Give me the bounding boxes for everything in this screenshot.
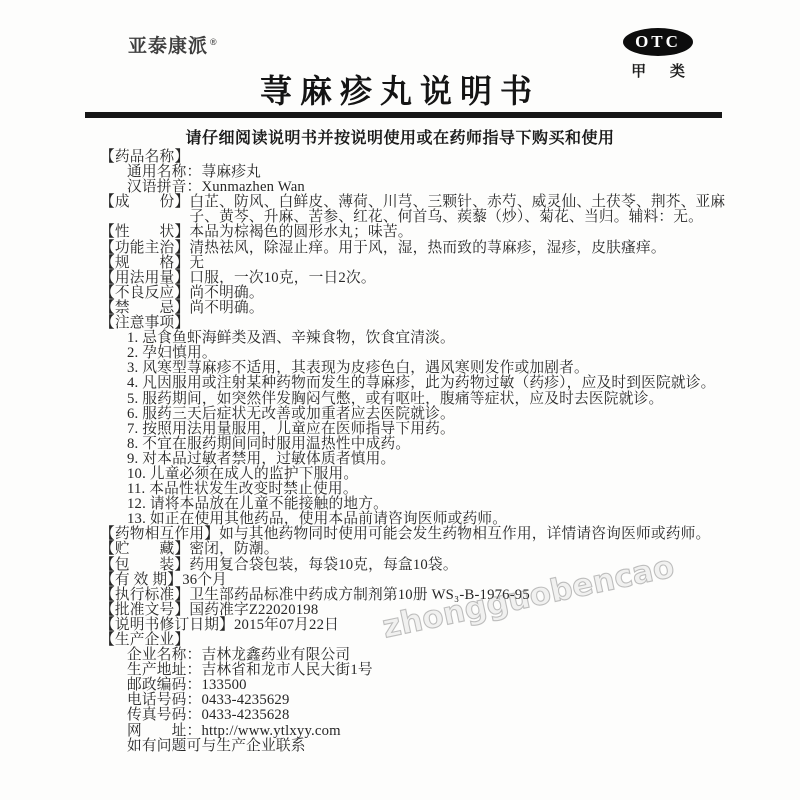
field-row: 【批准文号】国药准字Z22020198 — [100, 603, 732, 618]
field-label: 【药品名称】 — [100, 150, 189, 165]
field-text: 12. 请将本品放在儿童不能接触的地方。 — [100, 497, 732, 512]
field-text: 9. 对本品过敏者禁用，过敏体质者慎用。 — [100, 452, 732, 467]
field-text: 1. 忌食鱼虾海鲜类及酒、辛辣食物，饮食宜清淡。 — [100, 331, 732, 346]
leaflet-page: 亚泰康派® OTC 甲 类 荨麻疹丸说明书 请仔细阅读说明书并按说明使用或在药师… — [0, 0, 800, 800]
field-text: 6. 服药三天后症状无改善或加重者应去医院就诊。 — [100, 407, 732, 422]
field-row: 【生产企业】 — [100, 633, 732, 648]
field-text: 尚不明确。 — [189, 286, 732, 301]
field-label: 【禁 忌】 — [100, 301, 189, 316]
field-text: 口服，一次10克，一日2次。 — [189, 271, 732, 286]
field-text: 通用名称：荨麻疹丸 — [100, 165, 732, 180]
sub-row: 传真号码：0433-4235628 — [100, 708, 732, 723]
field-label: 【不良反应】 — [100, 286, 189, 301]
field-text: 2015年07月22日 — [234, 618, 732, 633]
brand-name: 亚泰康派 — [128, 36, 208, 57]
note-row: 12. 请将本品放在儿童不能接触的地方。 — [100, 497, 732, 512]
field-text: 本品为棕褐色的圆形水丸；味苦。 — [189, 225, 732, 240]
field-text: 4. 凡因服用或注射某种药物而发生的荨麻疹，此为药物过敏（药疹），应及时到医院就… — [100, 376, 732, 391]
field-label: 【用法用量】 — [100, 271, 189, 286]
registered-trademark-icon: ® — [210, 37, 218, 47]
field-text: 11. 本品性状发生改变时禁止使用。 — [100, 482, 732, 497]
note-row: 8. 不宜在服药期间同时服用温热性中成药。 — [100, 437, 732, 452]
field-row: 【贮 藏】密闭，防潮。 — [100, 542, 732, 557]
title-divider — [85, 112, 722, 118]
field-text: 36个月 — [182, 573, 732, 588]
field-label: 【成 份】 — [100, 195, 189, 210]
leaflet-body: 【药品名称】 通用名称：荨麻疹丸汉语拼音：Xunmazhen Wan【成 份】白… — [100, 150, 732, 754]
field-text: 如与其他药物同时使用可能会发生药物相互作用，详情请咨询医师或药师。 — [219, 527, 732, 542]
field-row: 【禁 忌】尚不明确。 — [100, 301, 732, 316]
field-row: 【成 份】白芷、防风、白鲜皮、薄荷、川芎、三颗针、赤芍、威灵仙、土茯苓、荆芥、亚… — [100, 195, 732, 225]
note-row: 9. 对本品过敏者禁用，过敏体质者慎用。 — [100, 452, 732, 467]
field-row: 【药品名称】 — [100, 150, 732, 165]
field-row: 【有 效 期】36个月 — [100, 573, 732, 588]
field-text: 如有问题可与生产企业联系 — [100, 739, 732, 754]
field-text: 国药准字Z22020198 — [189, 603, 732, 618]
note-row: 6. 服药三天后症状无改善或加重者应去医院就诊。 — [100, 407, 732, 422]
field-label: 【执行标准】 — [100, 588, 189, 603]
field-text — [189, 150, 732, 165]
brand-logo: 亚泰康派® — [128, 31, 218, 58]
field-text — [189, 316, 732, 331]
field-row: 【执行标准】卫生部药品标准中药成方制剂第10册 WS₃-B-1976-95 — [100, 588, 732, 603]
field-text: 传真号码：0433-4235628 — [100, 708, 732, 723]
page-title: 荨麻疹丸说明书 — [0, 66, 800, 112]
field-label: 【说明书修订日期】 — [100, 618, 234, 633]
sub-row: 企业名称：吉林龙鑫药业有限公司 — [100, 648, 732, 663]
field-label: 【功能主治】 — [100, 241, 189, 256]
field-row: 【功能主治】清热祛风，除湿止痒。用于风，湿，热而致的荨麻疹，湿疹，皮肤瘙痒。 — [100, 241, 732, 256]
field-text: 清热祛风，除湿止痒。用于风，湿，热而致的荨麻疹，湿疹，皮肤瘙痒。 — [189, 241, 732, 256]
field-text: 5. 服药期间，如突然伴发胸闷气憋，或有呕吐，腹痛等症状，应及时去医院就诊。 — [100, 392, 732, 407]
field-text: 无 — [189, 256, 732, 271]
field-label: 【有 效 期】 — [100, 573, 182, 588]
sub-row: 如有问题可与生产企业联系 — [100, 739, 732, 754]
field-row: 【规 格】无 — [100, 256, 732, 271]
note-row: 1. 忌食鱼虾海鲜类及酒、辛辣食物，饮食宜清淡。 — [100, 331, 732, 346]
field-text — [189, 633, 732, 648]
field-text: 白芷、防风、白鲜皮、薄荷、川芎、三颗针、赤芍、威灵仙、土茯苓、荆芥、亚麻子、黄芩… — [189, 195, 732, 225]
field-text: 网 址：http://www.ytlxyy.com — [100, 724, 732, 739]
field-label: 【批准文号】 — [100, 603, 189, 618]
field-label: 【规 格】 — [100, 256, 189, 271]
field-text: 企业名称：吉林龙鑫药业有限公司 — [100, 648, 732, 663]
field-text: 尚不明确。 — [189, 301, 732, 316]
field-text: 卫生部药品标准中药成方制剂第10册 WS₃-B-1976-95 — [189, 588, 732, 603]
sub-row: 网 址：http://www.ytlxyy.com — [100, 724, 732, 739]
field-label: 【性 状】 — [100, 225, 189, 240]
field-row: 【用法用量】口服，一次10克，一日2次。 — [100, 271, 732, 286]
field-row: 【性 状】本品为棕褐色的圆形水丸；味苦。 — [100, 225, 732, 240]
field-text: 药用复合袋包装，每袋10克，每盒10袋。 — [189, 558, 732, 573]
field-label: 【注意事项】 — [100, 316, 189, 331]
note-row: 7. 按照用法用量服用，儿童应在医师指导下用药。 — [100, 422, 732, 437]
note-row: 4. 凡因服用或注射某种药物而发生的荨麻疹，此为药物过敏（药疹），应及时到医院就… — [100, 376, 732, 391]
field-text: 7. 按照用法用量服用，儿童应在医师指导下用药。 — [100, 422, 732, 437]
field-label: 【包 装】 — [100, 558, 189, 573]
field-text: 10. 儿童必须在成人的监护下服用。 — [100, 467, 732, 482]
sub-row: 通用名称：荨麻疹丸 — [100, 165, 732, 180]
note-row: 5. 服药期间，如突然伴发胸闷气憋，或有呕吐，腹痛等症状，应及时去医院就诊。 — [100, 392, 732, 407]
notice-text: 请仔细阅读说明书并按说明使用或在药师指导下购买和使用 — [0, 125, 800, 148]
field-label: 【生产企业】 — [100, 633, 189, 648]
note-row: 11. 本品性状发生改变时禁止使用。 — [100, 482, 732, 497]
field-row: 【注意事项】 — [100, 316, 732, 331]
field-label: 【贮 藏】 — [100, 542, 189, 557]
field-text: 密闭，防潮。 — [189, 542, 732, 557]
otc-oval-icon: OTC — [623, 28, 693, 56]
note-row: 10. 儿童必须在成人的监护下服用。 — [100, 467, 732, 482]
field-row: 【不良反应】尚不明确。 — [100, 286, 732, 301]
field-row: 【包 装】药用复合袋包装，每袋10克，每盒10袋。 — [100, 558, 732, 573]
field-row: 【说明书修订日期】2015年07月22日 — [100, 618, 732, 633]
field-text: 8. 不宜在服药期间同时服用温热性中成药。 — [100, 437, 732, 452]
